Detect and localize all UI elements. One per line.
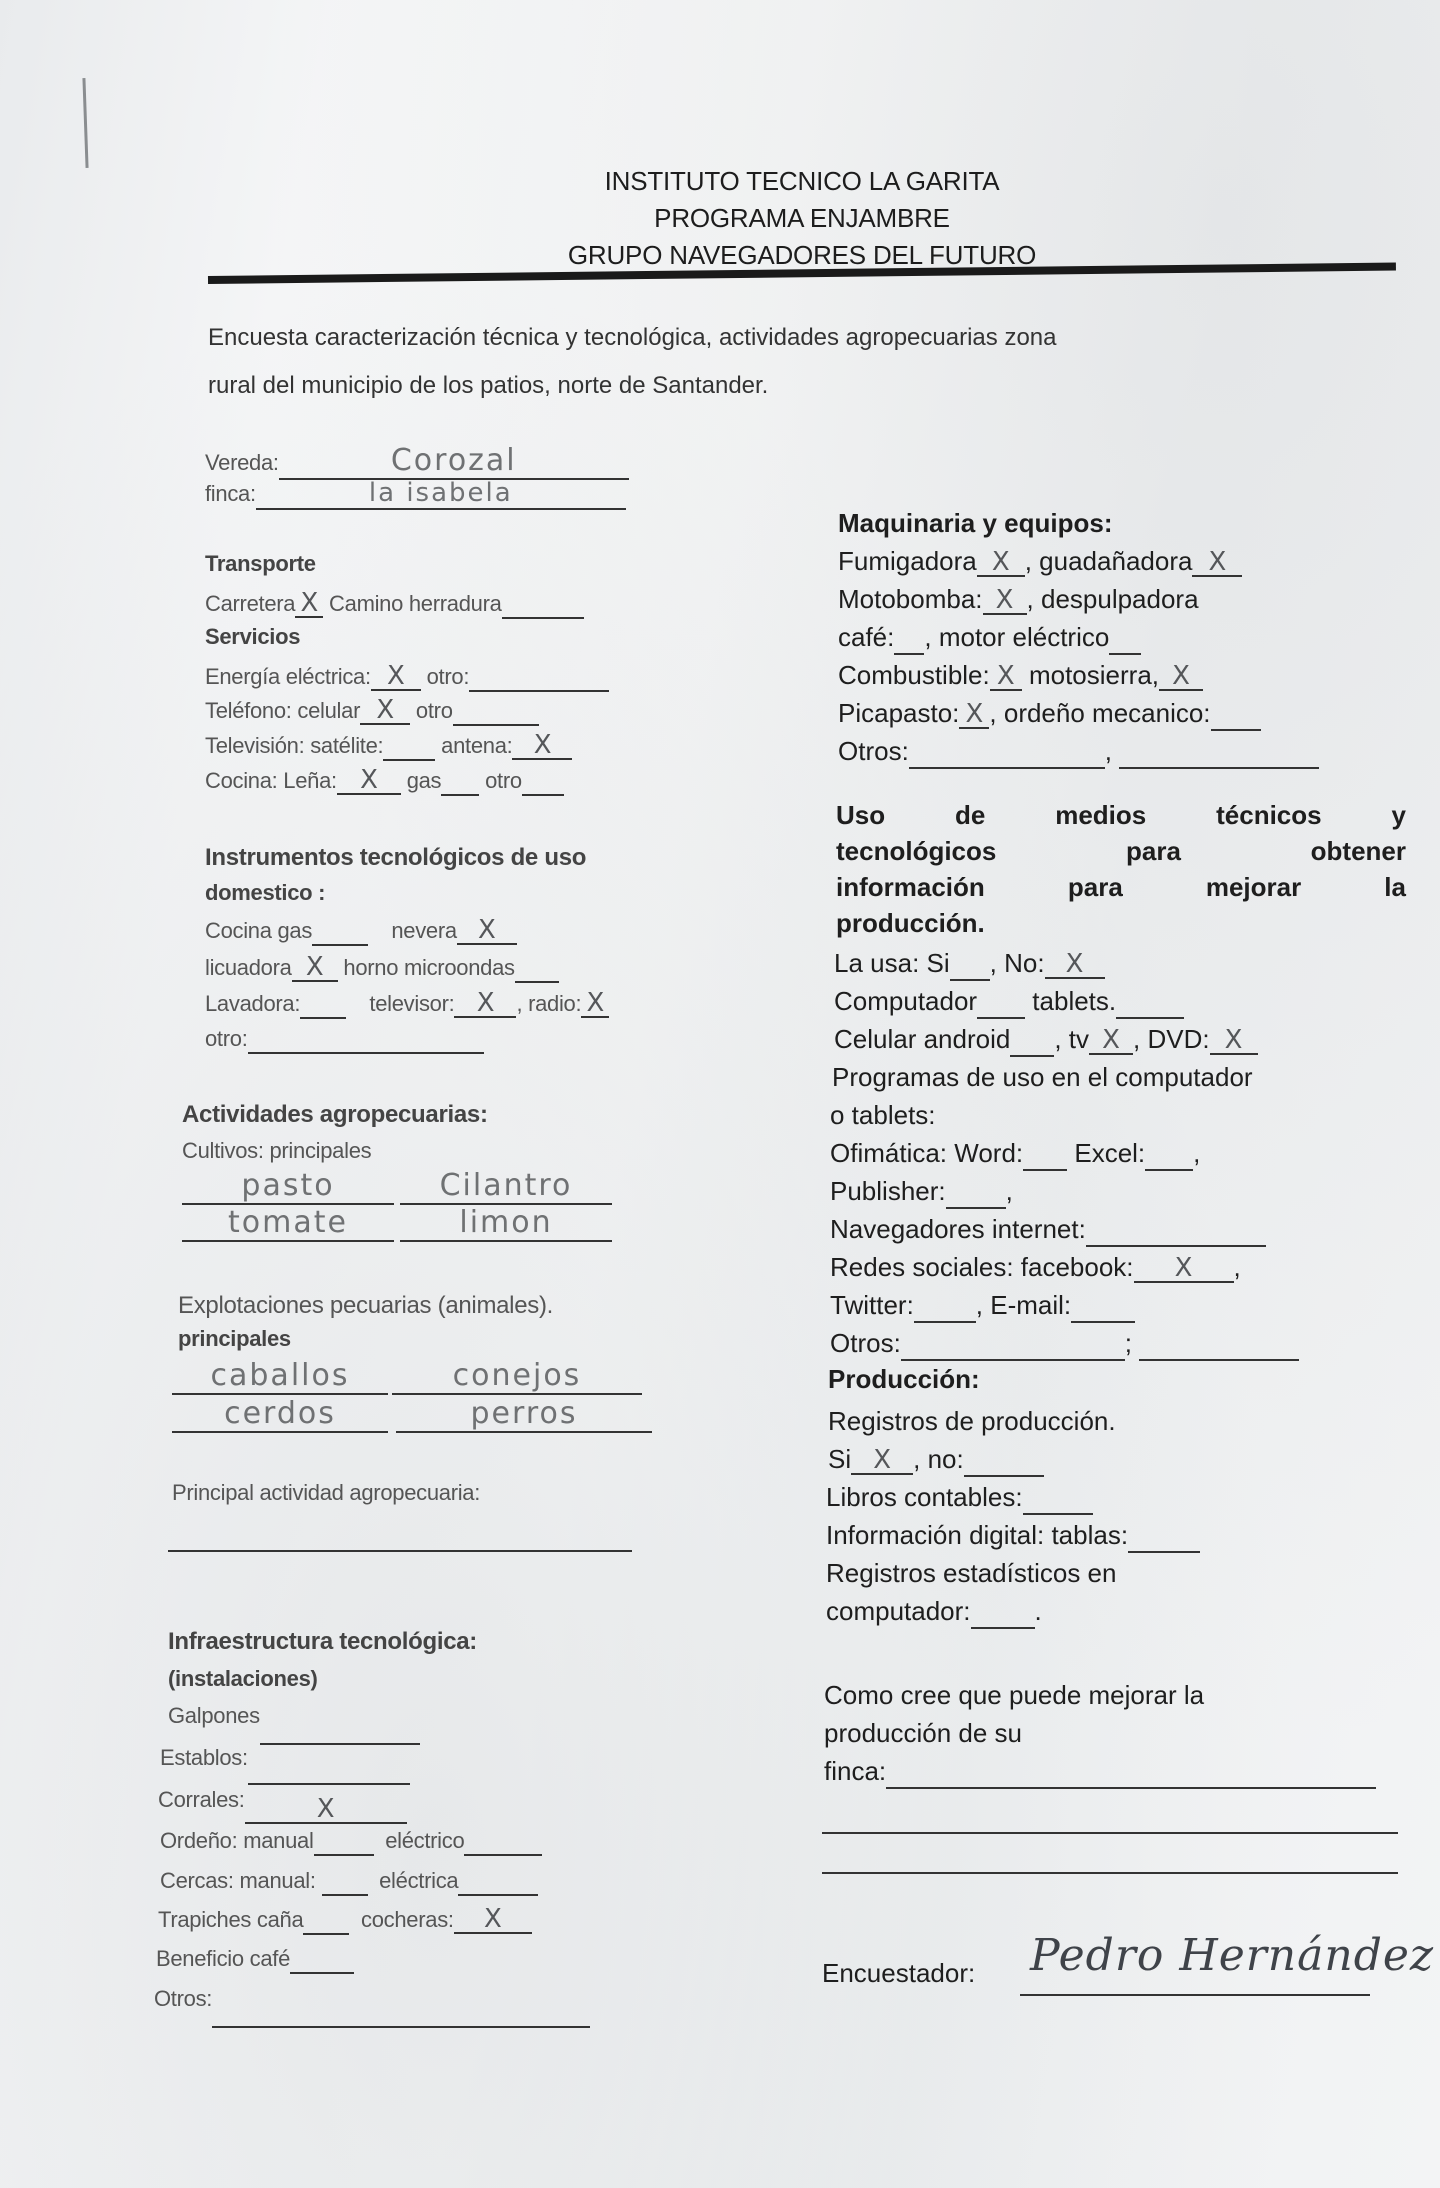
trapiches-row: Trapiches caña cocheras:X	[158, 1906, 532, 1935]
instrumentos-otro-blank[interactable]	[248, 1026, 484, 1054]
cocina-gas-row: Cocina gas neveraX	[205, 917, 517, 946]
cercas-row: Cercas: manual: eléctrica	[160, 1868, 538, 1896]
ofimatica-row: Ofimática: Word: Excel: ,	[830, 1138, 1200, 1171]
finca-value[interactable]: la isabela	[256, 478, 626, 510]
vereda-value[interactable]: Corozal	[279, 443, 629, 480]
antena-mark[interactable]: X	[512, 732, 572, 760]
la-usa-row: La usa: Si , No:X	[834, 948, 1105, 981]
licuadora-row: licuadoraX horno microondas	[205, 954, 559, 983]
medios-otros-blank-2[interactable]	[1139, 1328, 1299, 1361]
digital-tablas-blank[interactable]	[1128, 1520, 1200, 1553]
medios-title-1: Usodemediostécnicosy	[836, 800, 1406, 831]
finca-field[interactable]: finca:la isabela	[205, 478, 626, 510]
instrumentos-title-1: Instrumentos tecnológicos de uso	[205, 844, 586, 872]
satelite-blank[interactable]	[383, 733, 435, 761]
energia-row: Energía eléctrica:X otro:	[205, 663, 609, 692]
televisor-mark[interactable]: X	[454, 990, 516, 1018]
cercas-manual-blank[interactable]	[322, 1868, 368, 1896]
vereda-field[interactable]: Vereda:Corozal	[205, 443, 629, 480]
cultivo-1[interactable]: pasto	[182, 1168, 394, 1205]
animal-1[interactable]: caballos	[172, 1358, 388, 1395]
infra-otros-row: Otros:	[154, 1986, 590, 2014]
ordeno-electrico-blank[interactable]	[464, 1828, 542, 1856]
medios-otros-row: Otros: ;	[830, 1328, 1299, 1361]
instrumentos-otro-row: otro:	[205, 1026, 484, 1054]
establos-row: Establos:	[160, 1745, 410, 1773]
encuestador-signature: Pedro Hernández	[1030, 1930, 1434, 1981]
estadisticos-blank[interactable]	[971, 1596, 1035, 1629]
lavadora-row: Lavadora: televisor:X, radio:X	[205, 990, 609, 1019]
maquinaria-title: Maquinaria y equipos:	[838, 508, 1113, 539]
medios-title-2: tecnológicosparaobtener	[836, 836, 1406, 867]
licuadora-mark[interactable]: X	[292, 954, 338, 982]
principal-actividad-label: Principal actividad agropecuaria:	[172, 1480, 480, 1506]
publisher-row: Publisher: ,	[830, 1176, 1013, 1209]
television-row: Televisión: satélite: antena:X	[205, 732, 572, 761]
principal-actividad-blank[interactable]	[168, 1522, 632, 1552]
registros-no-blank[interactable]	[964, 1444, 1044, 1477]
ordeno-row: Ordeño: manual eléctrico	[160, 1828, 542, 1856]
mejora-line-1: Como cree que puede mejorar la	[824, 1680, 1204, 1711]
cafe-row: café: , motor eléctrico	[838, 622, 1141, 655]
corrales-row: Corrales:X	[158, 1786, 407, 1814]
navegadores-blank[interactable]	[1086, 1214, 1266, 1247]
publisher-blank[interactable]	[946, 1176, 1006, 1209]
infraestructura-title-1: Infraestructura tecnológica:	[168, 1628, 477, 1656]
programas-line-1: Programas de uso en el computador	[832, 1062, 1253, 1093]
libros-row: Libros contables:	[826, 1482, 1093, 1515]
infra-otros-blank[interactable]	[212, 2000, 590, 2028]
maquinaria-otros-row: Otros: ,	[838, 736, 1319, 769]
staple-mark	[82, 78, 88, 168]
mejora-answer-line-2[interactable]	[822, 1832, 1398, 1834]
vereda-label: Vereda:	[205, 450, 279, 475]
lavadora-blank[interactable]	[300, 991, 346, 1019]
word-blank[interactable]	[1023, 1138, 1067, 1171]
telefono-otro-blank[interactable]	[453, 698, 539, 726]
combustible-row: Combustible:X motosierra,X	[838, 660, 1203, 691]
radio-mark[interactable]: X	[581, 990, 609, 1018]
fumigadora-mark[interactable]: X	[977, 549, 1025, 577]
encuestador-row: Encuestador:	[822, 1958, 975, 1989]
la-usa-si-blank[interactable]	[950, 948, 990, 981]
dvd-mark[interactable]: X	[1210, 1027, 1258, 1055]
navegadores-row: Navegadores internet:	[830, 1214, 1266, 1247]
cultivos-label: Cultivos: principales	[182, 1138, 371, 1164]
trapiches-blank[interactable]	[303, 1907, 349, 1935]
lena-mark[interactable]: X	[337, 767, 401, 795]
registros-si-no-row: SiX, no:	[828, 1444, 1044, 1477]
encuestador-signature-line[interactable]	[1020, 1994, 1370, 1996]
combustible-mark[interactable]: X	[990, 663, 1022, 691]
cocheras-mark[interactable]: X	[454, 1906, 532, 1934]
facebook-mark[interactable]: X	[1134, 1255, 1234, 1283]
cocina-gas-blank[interactable]	[441, 768, 479, 796]
instrumentos-title-2: domestico :	[205, 880, 325, 906]
motobomba-mark[interactable]: X	[983, 587, 1027, 615]
mejora-answer-line-1[interactable]	[886, 1756, 1376, 1789]
animal-3[interactable]: cerdos	[172, 1396, 388, 1433]
servicios-title: Servicios	[205, 624, 300, 650]
registros-label: Registros de producción.	[828, 1406, 1116, 1437]
facebook-row: Redes sociales: facebook:X,	[830, 1252, 1241, 1283]
maquinaria-otros-blank-1[interactable]	[909, 736, 1105, 769]
cocina-otro-blank[interactable]	[522, 768, 564, 796]
actividades-title: Actividades agropecuarias:	[182, 1101, 488, 1129]
transporte-title: Transporte	[205, 551, 316, 577]
celular-android-blank[interactable]	[1010, 1024, 1054, 1057]
header-institution: INSTITUTO TECNICO LA GARITA	[452, 166, 1152, 197]
intro-line-1: Encuesta caracterización técnica y tecno…	[208, 324, 1056, 352]
computador-blank[interactable]	[977, 986, 1025, 1019]
energia-mark[interactable]: X	[371, 663, 421, 691]
intro-line-2: rural del municipio de los patios, norte…	[208, 372, 768, 400]
mejora-line-2: producción de su	[824, 1718, 1022, 1749]
picapasto-mark[interactable]: X	[959, 701, 989, 729]
produccion-title: Producción:	[828, 1364, 980, 1395]
establos-blank[interactable]	[248, 1757, 410, 1785]
despulpadora-label: , despulpadora	[1027, 584, 1199, 614]
beneficio-blank[interactable]	[290, 1946, 354, 1974]
excel-blank[interactable]	[1145, 1138, 1193, 1171]
beneficio-row: Beneficio café	[156, 1946, 354, 1974]
mejora-answer-line-3[interactable]	[822, 1872, 1398, 1874]
medios-title-3: informaciónparamejorarla	[836, 872, 1406, 903]
twitter-row: Twitter: , E-mail:	[830, 1290, 1135, 1323]
mejora-finca-row: finca:	[824, 1756, 1376, 1789]
infraestructura-title-2: (instalaciones)	[168, 1666, 318, 1692]
galpones-blank[interactable]	[260, 1717, 420, 1745]
motobomba-row: Motobomba:X, despulpadora	[838, 584, 1199, 615]
programas-line-2: o tablets:	[830, 1100, 936, 1131]
fumigadora-row: FumigadoraX, guadañadoraX	[838, 546, 1242, 577]
celular-row: Celular android , tvX, DVD:X	[834, 1024, 1258, 1057]
libros-blank[interactable]	[1023, 1482, 1093, 1515]
galpones-row: Galpones	[168, 1703, 420, 1731]
telefono-mark[interactable]: X	[360, 697, 410, 725]
animal-2[interactable]: conejos	[392, 1358, 642, 1395]
carretera-mark[interactable]: X	[295, 590, 323, 618]
estadisticos-row: computador: .	[826, 1596, 1042, 1629]
cultivo-4[interactable]: limon	[400, 1205, 612, 1242]
la-usa-no-mark[interactable]: X	[1045, 951, 1105, 979]
estadisticos-line-1: Registros estadísticos en	[826, 1558, 1116, 1589]
camino-herradura-blank[interactable]	[502, 591, 584, 619]
header-program: PROGRAMA ENJAMBRE	[452, 203, 1152, 234]
corrales-mark[interactable]: X	[245, 1796, 407, 1824]
tv-mark[interactable]: X	[1089, 1027, 1133, 1055]
cultivo-3[interactable]: tomate	[182, 1205, 394, 1242]
cocina-row: Cocina: Leña:X gas otro	[205, 767, 564, 796]
ordeno-manual-blank[interactable]	[314, 1828, 374, 1856]
cultivo-2[interactable]: Cilantro	[400, 1168, 612, 1205]
medios-title-4: producción.	[836, 908, 985, 939]
maquinaria-otros-blank-2[interactable]	[1119, 736, 1319, 769]
animal-4[interactable]: perros	[396, 1396, 652, 1433]
finca-label: finca:	[205, 481, 256, 506]
guadanadora-mark[interactable]: X	[1192, 549, 1242, 577]
explotaciones-sub: principales	[178, 1326, 291, 1352]
digital-row: Información digital: tablas:	[826, 1520, 1200, 1553]
cercas-electrica-blank[interactable]	[458, 1868, 538, 1896]
nevera-mark[interactable]: X	[457, 917, 517, 945]
computador-row: Computador tablets.	[834, 986, 1184, 1019]
twitter-blank[interactable]	[914, 1290, 976, 1323]
motosierra-mark[interactable]: X	[1159, 663, 1203, 691]
despulpadora-cafe-blank[interactable]	[894, 622, 924, 655]
motor-electrico-blank[interactable]	[1109, 622, 1141, 655]
ordeno-mecanico-blank[interactable]	[1211, 698, 1261, 731]
encuestador-label: Encuestador:	[822, 1958, 975, 1988]
energia-otro-blank[interactable]	[469, 664, 609, 692]
medios-otros-blank-1[interactable]	[901, 1328, 1125, 1361]
explotaciones-label: Explotaciones pecuarias (animales).	[178, 1292, 553, 1320]
cocina-gas-instr-blank[interactable]	[312, 918, 368, 946]
telefono-row: Teléfono: celularX otro	[205, 697, 539, 726]
email-blank[interactable]	[1071, 1290, 1135, 1323]
tablets-blank[interactable]	[1116, 986, 1184, 1019]
horno-blank[interactable]	[515, 955, 559, 983]
picapasto-row: Picapasto:X, ordeño mecanico:	[838, 698, 1261, 731]
registros-si-mark[interactable]: X	[851, 1447, 913, 1475]
transporte-row: CarreteraX Camino herradura	[205, 590, 584, 619]
